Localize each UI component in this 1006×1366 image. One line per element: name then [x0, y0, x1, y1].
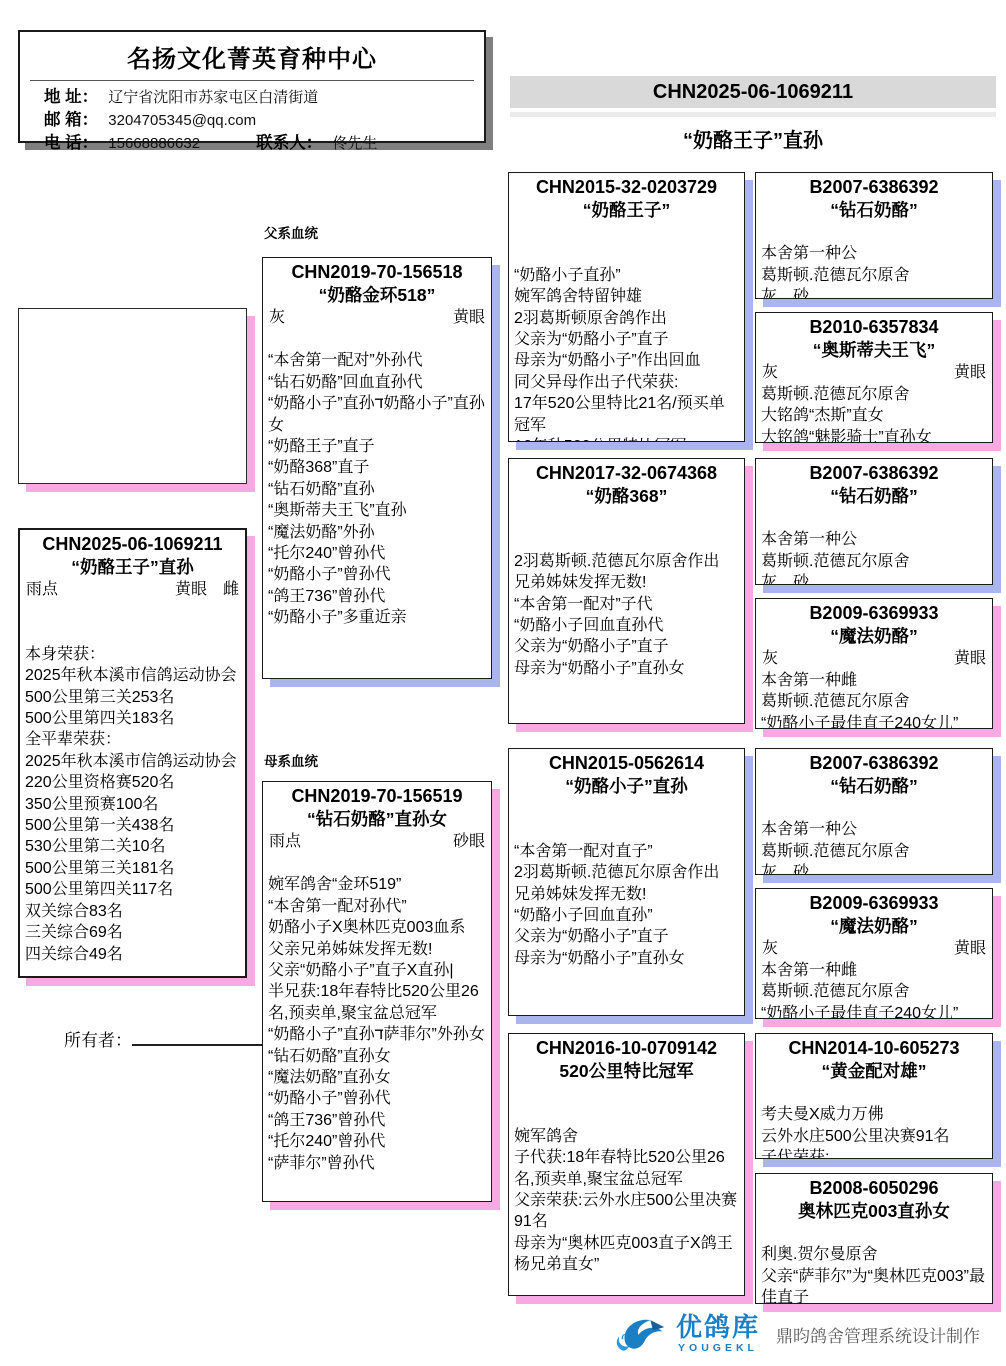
ggp4-name: “魔法奶酪”	[761, 625, 987, 648]
mother-name: “钻石奶酪”直孙女	[268, 808, 486, 831]
ggp8-ring: B2008-6050296	[761, 1177, 987, 1200]
mother-box: CHN2019-70-156519 “钻石奶酪”直孙女 雨点 砂眼 婉军鸽舍“金…	[262, 781, 492, 1202]
mother-eye: 砂眼	[453, 831, 485, 853]
gp3-ring: CHN2015-0562614	[514, 752, 739, 775]
paternal-lineage-label: 父系血统	[264, 222, 318, 242]
ggp4-box: B2009-6369933 “魔法奶酪” 灰 黄眼 本舍第一种雌 葛斯顿.范德瓦…	[755, 598, 993, 729]
email-row: 邮 箱： 3204705345@qq.com	[20, 109, 484, 132]
mother-feather: 雨点	[269, 831, 301, 853]
gp3-notes: “本舍第一配对直子” 2羽葛斯顿.范德瓦尔原舍作出 兄弟姊妹发挥无数! “奶酪小…	[514, 798, 739, 969]
ggp2-ring: B2010-6357834	[761, 316, 987, 339]
ggp5-notes: 本舍第一种公 葛斯顿.范德瓦尔原舍 灰、砂	[761, 798, 987, 875]
owner-row: 所有者：	[64, 1026, 270, 1051]
brand-name-cn: 优鸽库	[676, 1314, 760, 1340]
ggp4-notes: 本舍第一种雌 葛斯顿.范德瓦尔原舍 “奶酪小子最佳直子240女儿”	[761, 670, 987, 729]
ggp4-eye: 黄眼	[954, 648, 986, 670]
mother-notes: 婉军鸽舍“金环519” “本舍第一配对孙代” 奶酪小子X奥林匹克003血系 父亲…	[268, 853, 486, 1174]
main-ring-bar: CHN2025-06-1069211	[510, 76, 996, 108]
ggp2-notes: 葛斯顿.范德瓦尔原舍 大铭鸽“杰斯”直女 大铭鸽“魅影骑士”直孙女	[761, 384, 987, 443]
ggp6-eye: 黄眼	[954, 938, 986, 960]
grandmother-paternal-box: CHN2017-32-0674368 “奶酪368” 2羽葛斯顿.范德瓦尔原舍作…	[508, 458, 745, 724]
ring-bar-underline	[510, 112, 996, 117]
ggp2-name: “奥斯蒂夫王飞”	[761, 339, 987, 362]
subject-box: CHN2025-06-1069211 “奶酪王子”直孙 雨点 黄眼 雌 本身荣获…	[18, 528, 247, 978]
ggp3-ring: B2007-6386392	[761, 462, 987, 485]
ggp1-name: “钻石奶酪”	[761, 199, 987, 222]
ggp5-box: B2007-6386392 “钻石奶酪” 本舍第一种公 葛斯顿.范德瓦尔原舍 灰…	[755, 748, 993, 875]
ggp6-traits: 灰 黄眼	[761, 938, 987, 960]
ggp5-ring: B2007-6386392	[761, 752, 987, 775]
ggp1-notes: 本舍第一种公 葛斯顿.范德瓦尔原舍 灰、砂	[761, 222, 987, 299]
address-row: 地 址： 辽宁省沈阳市苏家屯区白清街道	[20, 86, 484, 109]
contact-label: 联系人：	[256, 134, 322, 152]
main-bird-name: “奶酪王子”直孙	[510, 124, 996, 153]
ggp2-traits: 灰 黄眼	[761, 362, 987, 384]
grandfather-maternal-box: CHN2015-0562614 “奶酪小子”直孙 “本舍第一配对直子” 2羽葛斯…	[508, 748, 745, 1016]
ggp8-box: B2008-6050296 奥林匹克003直孙女 利奥.贺尔曼原舍 父亲“萨菲尔…	[755, 1173, 993, 1304]
subject-traits: 雨点 黄眼 雌	[25, 579, 240, 601]
maternal-lineage-label: 母系血统	[264, 750, 318, 770]
footer-brand-row: 优鸽库 YOUGEKL 鼎昀鸽舍管理系统设计制作	[614, 1312, 980, 1356]
ggp6-box: B2009-6369933 “魔法奶酪” 灰 黄眼 本舍第一种雌 葛斯顿.范德瓦…	[755, 888, 993, 1019]
ggp2-eye: 黄眼	[954, 362, 986, 384]
grandmother-maternal-box: CHN2016-10-0709142 520公里特比冠军 婉军鸽舍 子代获:18…	[508, 1033, 745, 1296]
ggp7-ring: CHN2014-10-605273	[761, 1037, 987, 1060]
gp4-notes: 婉军鸽舍 子代获:18年春特比520公里26名,预卖单,聚宝盆总冠军 父亲荣获:…	[514, 1083, 739, 1276]
address-value: 辽宁省沈阳市苏家屯区白清街道	[108, 89, 318, 106]
ggp6-ring: B2009-6369933	[761, 892, 987, 915]
ggp4-traits: 灰 黄眼	[761, 648, 987, 670]
ggp2-box: B2010-6357834 “奥斯蒂夫王飞” 灰 黄眼 葛斯顿.范德瓦尔原舍 大…	[755, 312, 993, 443]
father-feather: 灰	[269, 307, 285, 329]
gp2-ring: CHN2017-32-0674368	[514, 462, 739, 485]
ggp6-notes: 本舍第一种雌 葛斯顿.范德瓦尔原舍 “奶酪小子最佳直子240女儿”	[761, 960, 987, 1019]
ggp3-name: “钻石奶酪”	[761, 485, 987, 508]
ggp1-ring: B2007-6386392	[761, 176, 987, 199]
ggp5-name: “钻石奶酪”	[761, 775, 987, 798]
email-value: 3204705345@qq.com	[108, 112, 256, 129]
contact-value: 佟先生	[332, 135, 377, 152]
address-label: 地 址：	[44, 88, 98, 106]
ggp4-feather: 灰	[762, 648, 778, 670]
photo-placeholder	[18, 308, 247, 484]
subject-achievements: 本身荣获： 2025年秋本溪市信鸽运动协会 500公里第三关253名 500公里…	[25, 601, 240, 965]
mother-traits: 雨点 砂眼	[268, 831, 486, 853]
gp2-name: “奶酪368”	[514, 485, 739, 508]
owner-label: 所有者：	[64, 1031, 132, 1050]
subject-name: “奶酪王子”直孙	[25, 556, 240, 579]
gp4-ring: CHN2016-10-0709142	[514, 1037, 739, 1060]
yougeku-bird-logo-icon	[614, 1312, 666, 1356]
ggp6-name: “魔法奶酪”	[761, 915, 987, 938]
gp1-ring: CHN2015-32-0203729	[514, 176, 739, 199]
brand-name-en: YOUGEKL	[678, 1343, 758, 1354]
pedigree-page: 名扬文化菁英育种中心 地 址： 辽宁省沈阳市苏家屯区白清街道 邮 箱： 3204…	[0, 0, 1006, 1366]
mother-ring: CHN2019-70-156519	[268, 785, 486, 808]
gp1-notes: “奶酪小子直孙” 婉军鸽舍特留钟雄 2羽葛斯顿原舍鸽作出 父亲为“奶酪小子”直子…	[514, 222, 739, 442]
owner-blank-line	[132, 1030, 270, 1046]
father-eye: 黄眼	[453, 307, 485, 329]
ggp1-box: B2007-6386392 “钻石奶酪” 本舍第一种公 葛斯顿.范德瓦尔原舍 灰…	[755, 172, 993, 299]
ggp7-name: “黄金配对雄”	[761, 1060, 987, 1083]
ggp4-ring: B2009-6369933	[761, 602, 987, 625]
email-label: 邮 箱：	[44, 111, 98, 129]
ggp2-feather: 灰	[762, 362, 778, 384]
header-divider	[30, 80, 474, 81]
father-ring: CHN2019-70-156518	[268, 261, 486, 284]
father-notes: “本舍第一配对”外孙代 “钻石奶酪”回血直孙代 “奶酪小子”直孙ד奶酪小子”直孙…	[268, 329, 486, 629]
subject-sex: 雌	[223, 579, 239, 601]
ggp3-notes: 本舍第一种公 葛斯顿.范德瓦尔原舍 灰、砂	[761, 508, 987, 585]
subject-eye: 黄眼	[175, 579, 207, 601]
gp3-name: “奶酪小子”直孙	[514, 775, 739, 798]
ggp7-box: CHN2014-10-605273 “黄金配对雄” 考夫曼X威力万佛 云外水庄5…	[755, 1033, 993, 1159]
ggp8-notes: 利奥.贺尔曼原舍 父亲“萨菲尔”为“奥林匹克003”最佳直子	[761, 1223, 987, 1304]
ggp7-notes: 考夫曼X威力万佛 云外水庄500公里决赛91名 子代荣获:	[761, 1083, 987, 1159]
loft-header-card: 名扬文化菁英育种中心 地 址： 辽宁省沈阳市苏家屯区白清街道 邮 箱： 3204…	[18, 30, 486, 143]
gp4-name: 520公里特比冠军	[514, 1060, 739, 1083]
phone-row: 电 话： 15668886632 联系人： 佟先生	[20, 132, 484, 155]
father-box: CHN2019-70-156518 “奶酪金环518” 灰 黄眼 “本舍第一配对…	[262, 257, 492, 679]
phone-label: 电 话：	[44, 134, 98, 152]
subject-feather: 雨点	[26, 579, 58, 601]
brand-text-block: 优鸽库 YOUGEKL	[676, 1314, 760, 1354]
father-name: “奶酪金环518”	[268, 284, 486, 307]
system-credit-text: 鼎昀鸽舍管理系统设计制作	[776, 1322, 980, 1347]
father-traits: 灰 黄眼	[268, 307, 486, 329]
loft-name: 名扬文化菁英育种中心	[20, 39, 484, 74]
gp1-name: “奶酪王子”	[514, 199, 739, 222]
ggp3-box: B2007-6386392 “钻石奶酪” 本舍第一种公 葛斯顿.范德瓦尔原舍 灰…	[755, 458, 993, 585]
gp2-notes: 2羽葛斯顿.范德瓦尔原舍作出 兄弟姊妹发挥无数! “本舍第一配对”子代 “奶酪小…	[514, 508, 739, 679]
phone-value: 15668886632	[108, 135, 200, 152]
ggp8-name: 奥林匹克003直孙女	[761, 1200, 987, 1223]
ggp6-feather: 灰	[762, 938, 778, 960]
subject-ring: CHN2025-06-1069211	[25, 533, 240, 556]
grandfather-paternal-box: CHN2015-32-0203729 “奶酪王子” “奶酪小子直孙” 婉军鸽舍特…	[508, 172, 745, 442]
